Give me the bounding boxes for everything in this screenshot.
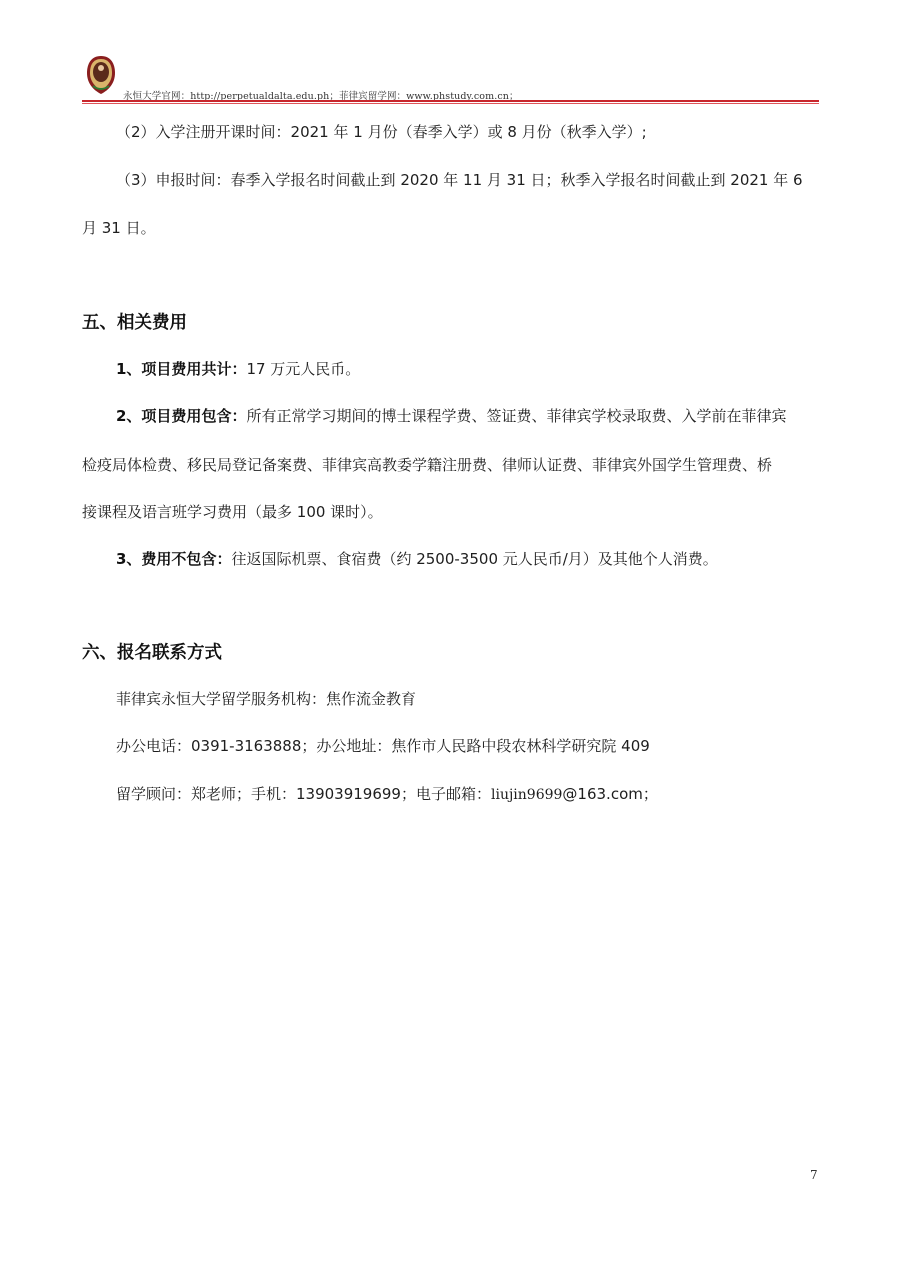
fee-includes-label: 2、项目费用包含： (116, 407, 246, 425)
section-heading-fees: 五、相关费用 (82, 312, 187, 334)
contact-office: 办公电话：0391-3163888；办公地址：焦作市人民路中段农林科学研究院 4… (116, 736, 650, 756)
fee-excludes-label: 3、费用不包含： (116, 550, 231, 568)
university-seal-icon (85, 54, 117, 96)
fee-includes-line3: 接课程及语言班学习费用（最多 100 课时）。 (82, 502, 383, 522)
fee-excludes: 3、费用不包含：往返国际机票、食宿费（约 2500-3500 元人民币/月）及其… (116, 549, 718, 569)
email-user: liujin9699 (491, 787, 562, 803)
contact-agency: 菲律宾永恒大学留学服务机构：焦作流金教育 (116, 689, 416, 709)
fee-total: 1、项目费用共计：17 万元人民币。 (116, 359, 360, 379)
header-divider (82, 100, 819, 105)
contact-advisor: 留学顾问：郑老师；手机：13903919699；电子邮箱：liujin9699@… (116, 784, 658, 805)
advisor-info: 留学顾问：郑老师；手机：13903919699；电子邮箱： (116, 785, 491, 803)
fee-total-value: 17 万元人民币。 (246, 360, 360, 378)
email-domain: @163.com； (562, 785, 657, 803)
fee-includes: 2、项目费用包含：所有正常学习期间的博士课程学费、签证费、菲律宾学校录取费、入学… (116, 406, 786, 426)
fee-total-label: 1、项目费用共计： (116, 360, 246, 378)
section-heading-contact: 六、报名联系方式 (82, 642, 222, 664)
application-deadline-cont: 月 31 日。 (82, 218, 156, 238)
fee-includes-line1: 所有正常学习期间的博士课程学费、签证费、菲律宾学校录取费、入学前在菲律宾 (246, 407, 786, 425)
page-number: 7 (810, 1168, 818, 1182)
fee-includes-line2: 检疫局体检费、移民局登记备案费、菲律宾高教委学籍注册费、律师认证费、菲律宾外国学… (82, 455, 772, 475)
fee-excludes-value: 往返国际机票、食宿费（约 2500-3500 元人民币/月）及其他个人消费。 (231, 550, 717, 568)
application-deadline: （3）申报时间：春季入学报名时间截止到 2020 年 11 月 31 日；秋季入… (116, 170, 803, 190)
enrollment-start-time: （2）入学注册开课时间：2021 年 1 月份（春季入学）或 8 月份（秋季入学… (116, 122, 647, 142)
